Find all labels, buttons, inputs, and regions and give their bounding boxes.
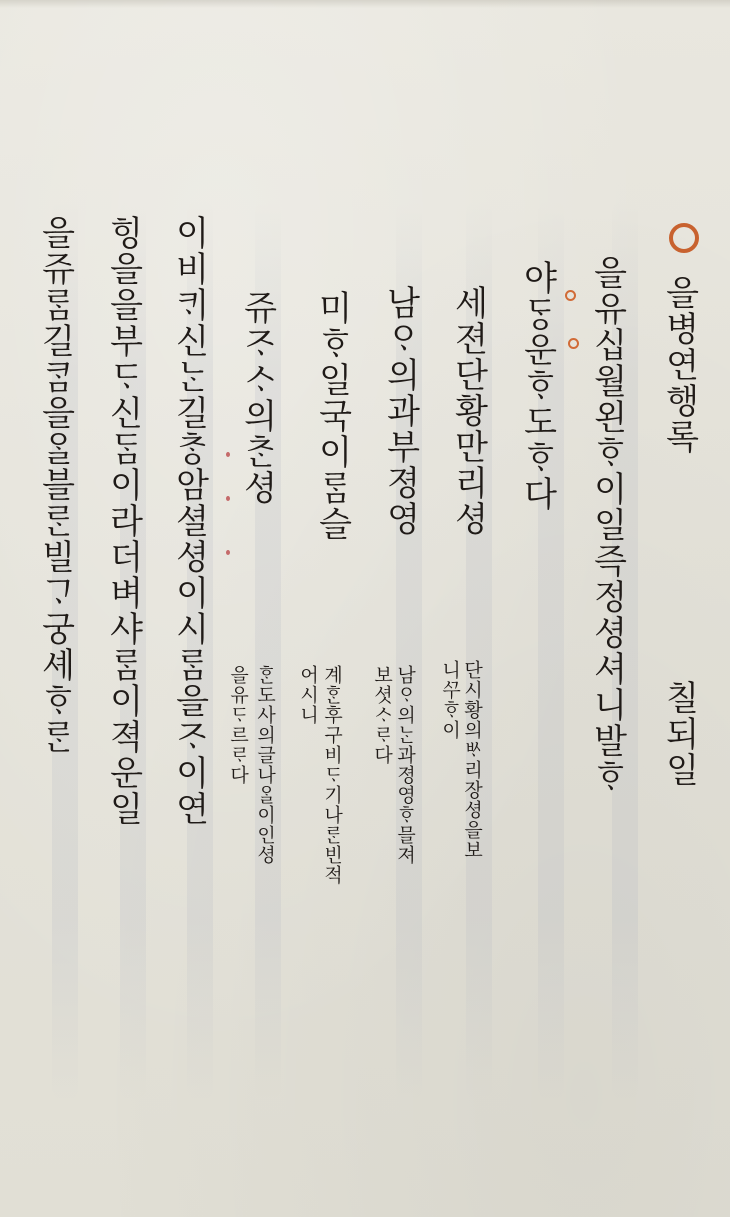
column-6-note-left: 어시니 — [298, 665, 317, 725]
column-2: 을유십월왼ᄒᆞ이일즉정셩셔니발ᄒᆞ — [590, 255, 624, 795]
column-3: 야ᄃᆞᆼ운ᄒᆞ도ᄒᆞ다 — [520, 260, 554, 512]
column-1-title: 을병연행록 — [662, 275, 696, 455]
column-5-note-right: 남ᄋᆞ의ᄂᆞᆫ과졍영ᄒᆞ믈져 — [395, 665, 414, 865]
column-4-note-right: 단시황의ᄡᆞ리장셩을보 — [462, 660, 481, 860]
column-5: 남ᄋᆞ의과부졍영 — [383, 285, 417, 537]
column-5-note-left: 보셧ᄉᆞᄅᆞ다 — [372, 665, 391, 765]
small-circle-mark-icon — [565, 290, 576, 301]
column-10: 을쥬ᄅᆞᆷ길ᄏᆞᆷ을ᄋᆞᆯ블ᄅᆞᆫ빌ᄀᆞ궁셰ᄒᆞᄅᆞᆫ — [38, 215, 72, 755]
small-circle-mark-icon — [568, 338, 579, 349]
manuscript-page: 을병연행록 칠되일 을유십월왼ᄒᆞ이일즉정셩셔니발ᄒᆞ 야ᄃᆞᆼ운ᄒᆞ도ᄒᆞ다 … — [0, 0, 730, 1217]
red-dot-mark — [226, 452, 230, 457]
column-1-tail: 칠되일 — [662, 680, 696, 788]
red-dot-mark — [226, 496, 230, 501]
red-dot-mark — [226, 550, 230, 555]
column-6-note-right: 계ᄒᆞᆫ후구비ᄃᆞ기나ᄅᆞᆫ빈적 — [322, 665, 341, 885]
column-4: 세젼단황만리셩 — [451, 285, 485, 537]
column-7-note-left: 을유ᄃᆞ르ᄅᆞ다 — [228, 665, 247, 785]
column-4-note-left: 니ᄭᅮᄒᆞ이 — [440, 660, 459, 740]
page-edge — [0, 0, 730, 8]
column-6: 미ᄒᆞ일국이ᄅᆞᆷ슬 — [315, 290, 349, 542]
column-9: 힝을을부ᄃᆞ신ᄃᆞᆷ이라더벼샤ᄅᆞᆷ이젹운일 — [106, 215, 140, 827]
column-8: 이비ᄏᆡ신ᄂᆞᆫ길ᄎᆞᆼ암셜셩이시ᄅᆞᆷ을ᄌᆞ이연 — [172, 215, 206, 827]
red-circle-mark-icon — [669, 223, 699, 253]
column-7-note-right: ᄒᆞᆫ도사의글나ᄋᆞᆯ이인셩 — [255, 665, 274, 865]
column-7: 쥬ᄌᆞᄉᆞ의ᄎᆞᆫ셩 — [240, 290, 274, 506]
